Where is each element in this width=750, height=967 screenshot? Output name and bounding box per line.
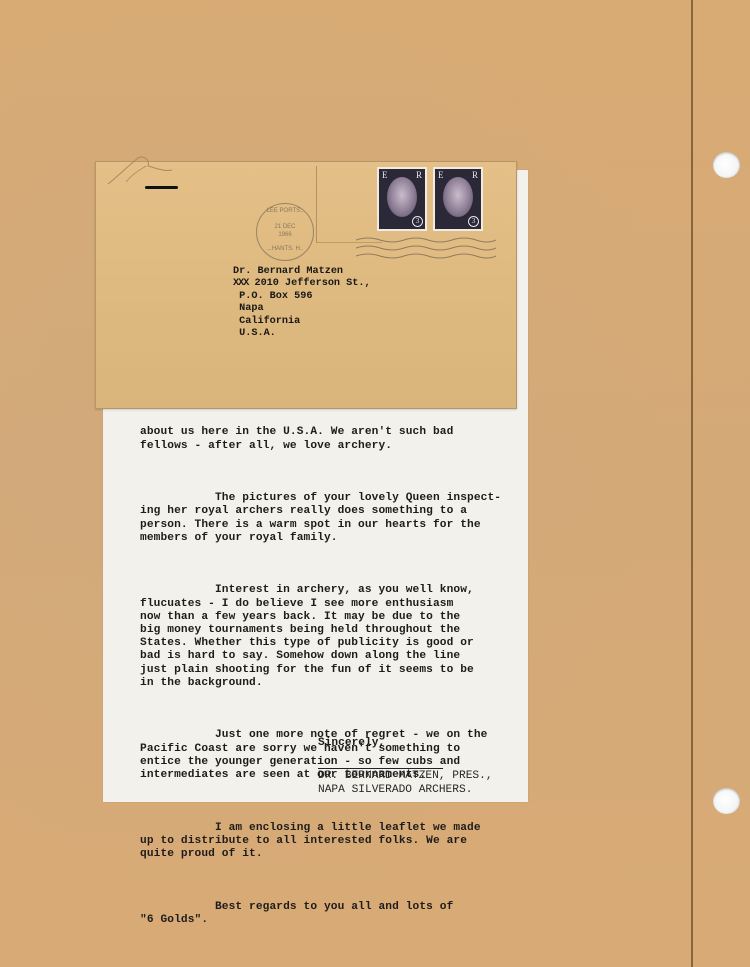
letter-closing: Sincerely, <box>318 737 385 749</box>
queen-portrait-icon <box>443 177 473 217</box>
page-fold-line <box>691 0 693 967</box>
letter-body: about us here in the U.S.A. We aren't su… <box>140 400 525 967</box>
address-city: Napa <box>233 303 264 314</box>
address-state: California <box>233 316 300 327</box>
address-name: Dr. Bernard Matzen <box>233 266 343 277</box>
removed-label-patch <box>316 166 382 243</box>
cancellation-wave-lines <box>356 234 496 264</box>
signature-line <box>318 768 443 769</box>
letter-paragraph-5: I am enclosing a little leaflet we made … <box>140 822 525 862</box>
queen-portrait-icon <box>387 177 417 217</box>
punch-hole-top <box>713 152 740 178</box>
recipient-address: Dr. Bernard Matzen XXX 2010 Jefferson St… <box>233 266 371 340</box>
signature-block: DR. BERNARD MATZEN, PRES., NAPA SILVERAD… <box>318 770 493 797</box>
postage-stamp-2: E R 3 <box>433 167 483 231</box>
postmark-stamp: LEE PORTS.. 21 DEC 1966 ...HANTS. H.. <box>256 203 314 261</box>
letter-paragraph-6: Best regards to you all and lots of "6 G… <box>140 901 525 927</box>
address-street: 2010 Jefferson St., <box>248 278 370 289</box>
punch-hole-bottom <box>713 788 740 814</box>
pen-mark <box>145 186 178 189</box>
signature-organization: NAPA SILVERADO ARCHERS. <box>318 784 472 796</box>
postage-stamp-1: E R 3 <box>377 167 427 231</box>
address-strikeout: XXX <box>233 278 248 289</box>
letter-paragraph-2: The pictures of your lovely Queen inspec… <box>140 492 525 545</box>
signature-name: DR. BERNARD MATZEN, PRES., <box>318 770 493 782</box>
letter-paragraph-1: about us here in the U.S.A. We aren't su… <box>140 426 525 452</box>
envelope: LEE PORTS.. 21 DEC 1966 ...HANTS. H.. E … <box>95 161 517 409</box>
address-po-box: P.O. Box 596 <box>233 291 312 302</box>
letter-paragraph-3: Interest in archery, as you well know, f… <box>140 584 525 690</box>
address-country: U.S.A. <box>233 328 276 339</box>
